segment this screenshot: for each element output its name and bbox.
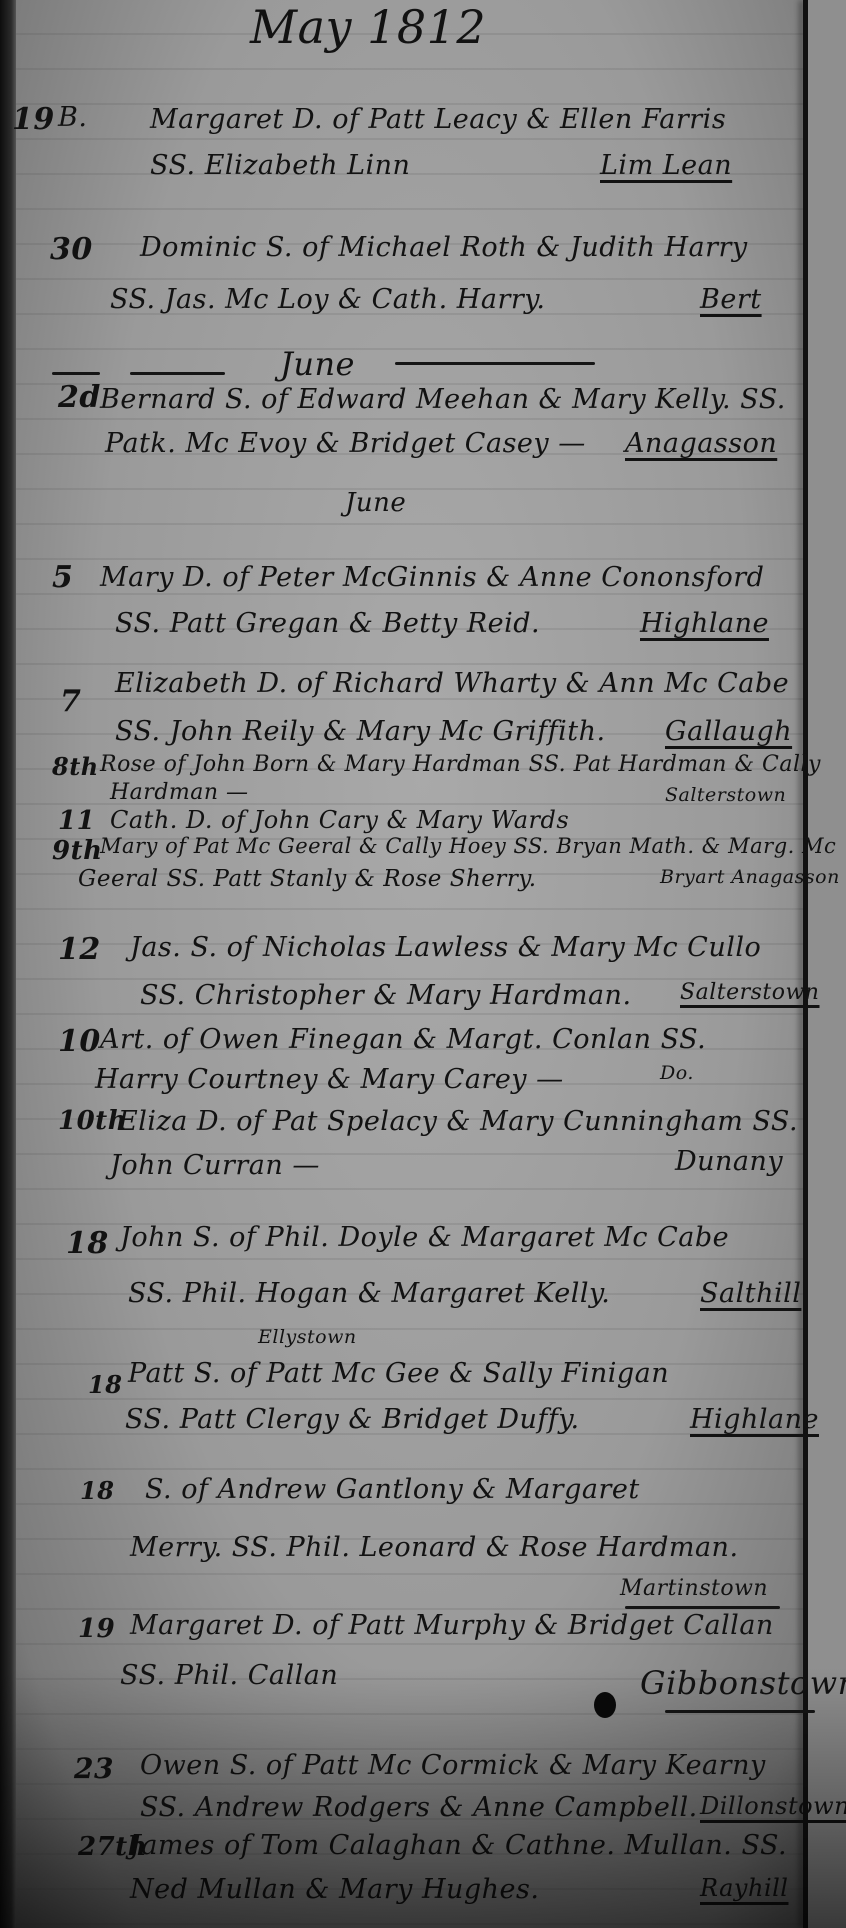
entry-date: 9th <box>52 836 103 866</box>
entry-date: 12 <box>58 932 101 967</box>
entry-line1: Bernard S. of Edward Meehan & Mary Kelly… <box>100 384 786 415</box>
entry-date: 5 <box>52 560 73 595</box>
entry-place: Lim Lean <box>600 150 732 181</box>
entry-line2: Merry. SS. Phil. Leonard & Rose Hardman. <box>130 1532 739 1563</box>
entry-line2: SS. Phil. Callan <box>120 1660 338 1691</box>
entry-line1: Dominic S. of Michael Roth & Judith Harr… <box>140 232 748 263</box>
page-binding-edge <box>0 0 16 1928</box>
entry-line1: Eliza D. of Pat Spelacy & Mary Cunningha… <box>118 1106 798 1137</box>
entry-line1: Mary D. of Peter McGinnis & Anne Cononsf… <box>100 562 764 593</box>
month-heading: June <box>280 345 355 383</box>
register-page: May 1812 19 B. Margaret D. of Patt Leacy… <box>0 0 846 1928</box>
entry-line1: Patt S. of Patt Mc Gee & Sally Finigan <box>128 1358 669 1389</box>
entry-line1: Rose of John Born & Mary Hardman SS. Pat… <box>100 752 821 777</box>
entry-place: Dunany <box>675 1146 783 1177</box>
adjacent-page-strip <box>808 0 846 1928</box>
entry-place: Salthill <box>700 1278 801 1309</box>
entry-date: 10th <box>58 1106 127 1136</box>
entry-place: Dillonstown <box>700 1792 846 1820</box>
entry-place: Salterstown <box>680 980 819 1005</box>
entry-line1: Owen S. of Patt Mc Cormick & Mary Kearny <box>140 1750 766 1781</box>
entry-place: Gibbonstown <box>640 1664 846 1702</box>
entry-date: 23 <box>74 1752 114 1785</box>
entry-line2: Patk. Mc Evoy & Bridget Casey — <box>105 428 586 459</box>
entry-line1: Art. of Owen Finegan & Margt. Conlan SS. <box>100 1024 706 1055</box>
entry-line2: Hardman — <box>110 780 249 805</box>
entry-date: 10 <box>58 1024 101 1059</box>
month-heading: June <box>345 488 406 518</box>
entry-date: 18 <box>80 1476 114 1505</box>
page-heading: May 1812 <box>250 0 486 54</box>
entry-line1: Jas. S. of Nicholas Lawless & Mary Mc Cu… <box>130 932 761 963</box>
entry-line1: John S. of Phil. Doyle & Margaret Mc Cab… <box>120 1222 729 1253</box>
entry-line1: Mary of Pat Mc Geeral & Cally Hoey SS. B… <box>100 834 836 858</box>
entry-place: Do. <box>660 1062 694 1084</box>
entry-line2: John Curran — <box>110 1150 320 1181</box>
entry-note: Ellystown <box>258 1326 357 1348</box>
entry-line1: Margaret D. of Patt Leacy & Ellen Farris <box>150 104 726 135</box>
entry-line1: James of Tom Calaghan & Cathne. Mullan. … <box>130 1830 787 1861</box>
entry-date: 19 <box>78 1614 115 1644</box>
entry-line2: SS. Elizabeth Linn <box>150 150 410 181</box>
entry-line1: Cath. D. of John Cary & Mary Wards <box>110 806 569 834</box>
entry-date: 30 <box>50 232 93 267</box>
entry-line2: Geeral SS. Patt Stanly & Rose Sherry. <box>78 866 537 892</box>
entry-date: 2d <box>58 380 101 415</box>
entry-line1: Margaret D. of Patt Murphy & Bridget Cal… <box>130 1610 774 1641</box>
entry-place: Bryart Anagasson <box>660 866 840 888</box>
entry-line2: Ned Mullan & Mary Hughes. <box>130 1874 539 1905</box>
entry-line2: SS. Christopher & Mary Hardman. <box>140 980 632 1011</box>
entry-place: Highlane <box>690 1404 819 1435</box>
entry-line2: SS. Andrew Rodgers & Anne Campbell. <box>140 1792 698 1823</box>
entry-line1: Elizabeth D. of Richard Wharty & Ann Mc … <box>115 668 789 699</box>
entry-line1: S. of Andrew Gantlony & Margaret <box>145 1474 640 1505</box>
entry-date: 11 <box>58 806 95 836</box>
entry-date: 7 <box>60 684 81 719</box>
entry-date: 18 <box>88 1370 122 1399</box>
entry-place: Rayhill <box>700 1874 788 1902</box>
entry-place: Martinstown <box>620 1576 768 1601</box>
ink-blot <box>594 1692 616 1718</box>
entry-date: 8th <box>52 752 99 781</box>
entry-place: Gallaugh <box>665 716 792 747</box>
entry-place: Bert <box>700 284 762 315</box>
entry-date: 18 <box>66 1226 109 1261</box>
entry-place: Salterstown <box>665 784 786 806</box>
entry-line2: SS. Phil. Hogan & Margaret Kelly. <box>128 1278 610 1309</box>
entry-place: Anagasson <box>625 428 777 459</box>
entry-date: 19 <box>12 102 55 137</box>
entry-line2: SS. Jas. Mc Loy & Cath. Harry. <box>110 284 546 315</box>
entry-line2: SS. Patt Gregan & Betty Reid. <box>115 608 540 639</box>
entry-place: Highlane <box>640 608 769 639</box>
entry-line2: SS. Patt Clergy & Bridget Duffy. <box>125 1404 580 1435</box>
entry-line2: Harry Courtney & Mary Carey — <box>95 1064 564 1095</box>
entry-type: B. <box>58 102 87 133</box>
entry-line2: SS. John Reily & Mary Mc Griffith. <box>115 716 606 747</box>
